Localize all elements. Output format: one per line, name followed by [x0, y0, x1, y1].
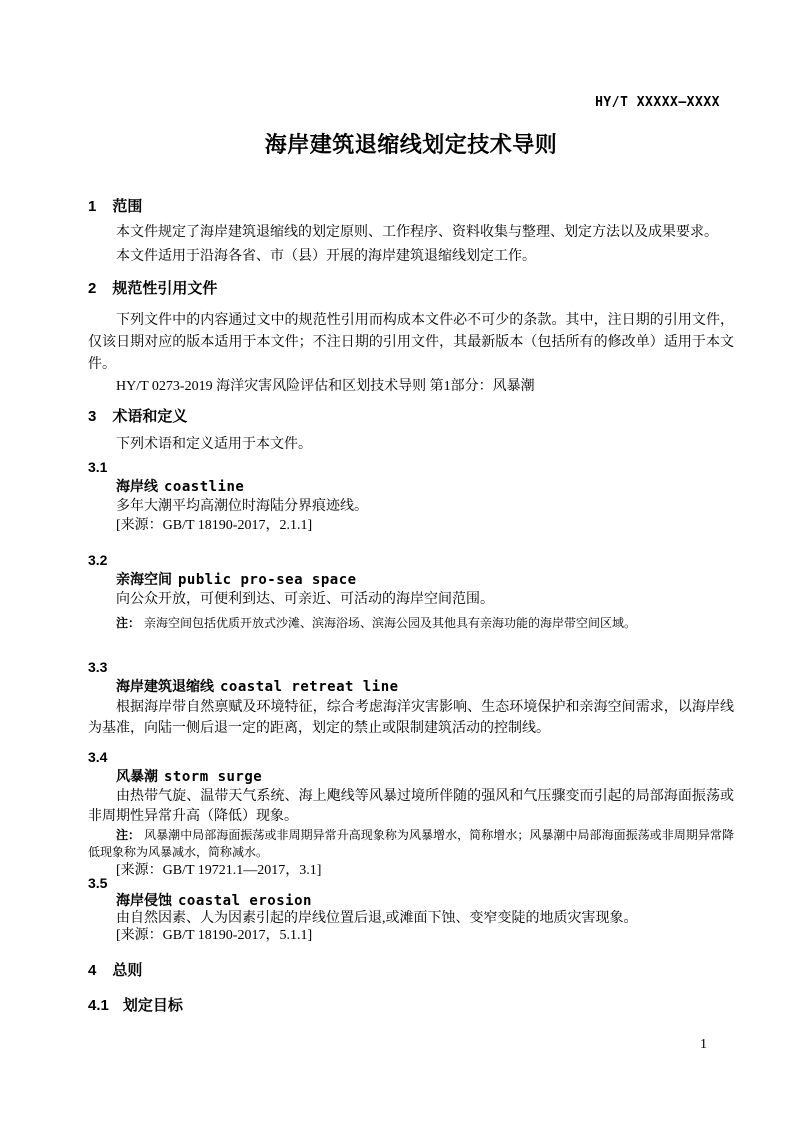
clause-title: 范围 [112, 198, 142, 215]
clause-4-1-heading: 4.1划定目标 [88, 996, 734, 1016]
clause-title: 总则 [112, 962, 142, 979]
term-zh: 海岸线 [116, 478, 158, 494]
term-definition: 多年大潮平均高潮位时海陆分界痕迹线。 [88, 497, 734, 516]
term-title: 海岸建筑退缩线coastal retreat line [88, 677, 734, 697]
term-number: 3.1 [88, 458, 734, 477]
normative-reference: HY/T 0273-2019 海洋灾害风险评估和区划技术导则 第1部分：风暴潮 [88, 377, 734, 397]
document-title: 海岸建筑退缩线划定技术导则 [88, 130, 734, 160]
terms-intro: 下列术语和定义适用于本文件。 [88, 435, 734, 455]
note-text: 风暴潮中局部海面振荡或非周期异常升高现象称为风暴增水，简称增水；风暴潮中局部海面… [88, 828, 734, 859]
term-en: public pro-sea space [178, 572, 357, 588]
clause-number: 4 [88, 961, 96, 981]
clause-1-paragraph-1: 本文件规定了海岸建筑退缩线的划定原则、工作程序、资料收集与整理、划定方法以及成果… [88, 221, 734, 245]
clause-title: 术语和定义 [112, 408, 187, 425]
term-3-3: 3.3 海岸建筑退缩线coastal retreat line 根据海岸带自然禀… [88, 658, 734, 739]
term-note: 注：亲海空间包括优质开放式沙滩、滨海浴场、滨海公园及其他具有亲海功能的海岸带空间… [88, 615, 734, 632]
clause-1-heading: 1范围 [88, 197, 734, 217]
term-en: storm surge [164, 769, 262, 785]
clause-number: 4.1 [88, 996, 109, 1016]
term-title: 海岸侵蚀coastal erosion [88, 892, 734, 910]
term-3-5: 3.5 海岸侵蚀coastal erosion 由自然因素、人为因素引起的岸线位… [88, 875, 734, 944]
clause-3-heading: 3术语和定义 [88, 407, 734, 427]
standard-document-page: HY/T XXXXX—XXXX 海岸建筑退缩线划定技术导则 1范围 本文件规定了… [0, 0, 800, 1132]
clause-title: 规范性引用文件 [112, 280, 217, 297]
note-label: 注： [116, 616, 140, 630]
term-definition: 由热带气旋、温带天气系统、海上飑线等风暴过境所伴随的强风和气压骤变而引起的局部海… [88, 787, 734, 827]
term-zh: 风暴潮 [116, 768, 158, 784]
term-note: 注：风暴潮中局部海面振荡或非周期异常升高现象称为风暴增水，简称增水；风暴潮中局部… [88, 827, 734, 861]
term-zh: 海岸建筑退缩线 [116, 678, 214, 694]
term-3-1: 3.1 海岸线coastline 多年大潮平均高潮位时海陆分界痕迹线。 [来源：… [88, 458, 734, 535]
clause-4-heading: 4总则 [88, 961, 734, 981]
term-number: 3.2 [88, 551, 734, 570]
term-en: coastline [164, 479, 244, 495]
term-en: coastal retreat line [220, 679, 399, 695]
term-zh: 海岸侵蚀 [116, 892, 172, 908]
clause-title: 划定目标 [123, 997, 183, 1014]
clause-2-paragraph: 下列文件中的内容通过文中的规范性引用而构成本文件必不可少的条款。其中，注日期的引… [88, 310, 734, 376]
term-definition: 向公众开放，可便利到达、可亲近、可活动的海岸空间范围。 [88, 590, 734, 609]
clause-number: 1 [88, 197, 96, 217]
term-3-4: 3.4 风暴潮storm surge 由热带气旋、温带天气系统、海上飑线等风暴过… [88, 748, 734, 880]
clause-2-heading: 2规范性引用文件 [88, 279, 734, 299]
page-number: 1 [88, 1036, 734, 1053]
clause-number: 3 [88, 407, 96, 427]
term-source: [来源：GB/T 18190-2017，2.1.1] [88, 516, 734, 535]
term-title: 海岸线coastline [88, 477, 734, 497]
term-definition: 根据海岸带自然禀赋及环境特征，综合考虑海洋灾害影响、生态环境保护和亲海空间需求，… [88, 697, 734, 739]
term-number: 3.3 [88, 658, 734, 677]
term-number: 3.4 [88, 748, 734, 767]
term-title: 亲海空间public pro-sea space [88, 570, 734, 590]
term-zh: 亲海空间 [116, 571, 172, 587]
clause-1-paragraph-2: 本文件适用于沿海各省、市（县）开展的海岸建筑退缩线划定工作。 [88, 245, 734, 269]
term-en: coastal erosion [178, 893, 312, 909]
term-source: [来源：GB/T 18190-2017，5.1.1] [88, 927, 734, 944]
term-definition: 由自然因素、人为因素引起的岸线位置后退,或滩面下蚀、变窄变陡的地质灾害现象。 [88, 910, 734, 927]
term-3-2: 3.2 亲海空间public pro-sea space 向公众开放，可便利到达… [88, 551, 734, 632]
note-text: 亲海空间包括优质开放式沙滩、滨海浴场、滨海公园及其他具有亲海功能的海岸带空间区域… [144, 616, 636, 630]
term-title: 风暴潮storm surge [88, 767, 734, 787]
document-code: HY/T XXXXX—XXXX [88, 94, 734, 112]
note-label: 注： [116, 828, 140, 842]
term-number: 3.5 [88, 875, 734, 892]
clause-number: 2 [88, 279, 96, 299]
